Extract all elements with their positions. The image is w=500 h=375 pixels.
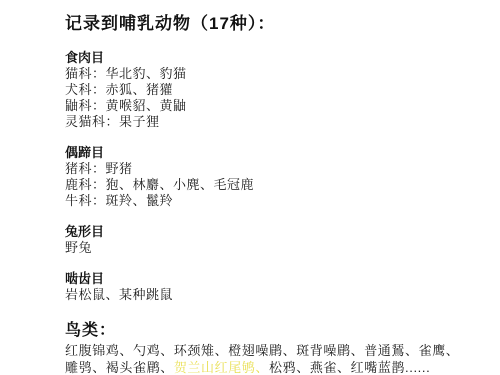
species-line: 鹿科：狍、林麝、小麂、毛冠鹿 [65, 177, 480, 193]
section-heading: 食肉目 [65, 50, 480, 66]
section-lagomorpha: 兔形目 野兔 [65, 224, 480, 256]
species-line: 野兔 [65, 240, 480, 256]
section-heading: 偶蹄目 [65, 145, 480, 161]
species-line: 犬科：赤狐、猪獾 [65, 82, 480, 98]
species-line: 牛科：斑羚、鬣羚 [65, 193, 480, 209]
highlighted-species: 贺兰山红尾鸲、 [174, 360, 269, 375]
species-line: 岩松鼠、某种跳鼠 [65, 287, 480, 303]
section-heading: 兔形目 [65, 224, 480, 240]
section-birds: 鸟类： 红腹锦鸡、勺鸡、环颈雉、橙翅噪鹛、斑背噪鹛、普通鵟、雀鹰、 雕鸮、褐头雀… [65, 321, 480, 375]
section-rodentia: 啮齿目 岩松鼠、某种跳鼠 [65, 271, 480, 303]
bird-list-line-2-post: 松鸦、燕雀、红嘴蓝鹊...... [269, 360, 430, 375]
section-carnivora: 食肉目 猫科：华北豹、豹猫 犬科：赤狐、猪獾 鼬科：黄喉貂、黄鼬 灵猫科：果子狸 [65, 50, 480, 130]
page-title: 记录到哺乳动物（17种）： [65, 13, 480, 34]
species-line: 灵猫科：果子狸 [65, 114, 480, 130]
bird-list-line-2-pre: 雕鸮、褐头雀鹛、 [65, 360, 174, 375]
species-line: 猫科：华北豹、豹猫 [65, 66, 480, 82]
section-heading: 啮齿目 [65, 271, 480, 287]
species-line: 猪科：野猪 [65, 161, 480, 177]
bird-list-line-2: 雕鸮、褐头雀鹛、贺兰山红尾鸲、松鸦、燕雀、红嘴蓝鹊...... [65, 359, 480, 375]
bird-list-line-1: 红腹锦鸡、勺鸡、环颈雉、橙翅噪鹛、斑背噪鹛、普通鵟、雀鹰、 [65, 342, 480, 359]
species-line: 鼬科：黄喉貂、黄鼬 [65, 98, 480, 114]
section-artiodactyla: 偶蹄目 猪科：野猪 鹿科：狍、林麝、小麂、毛冠鹿 牛科：斑羚、鬣羚 [65, 145, 480, 209]
birds-heading: 鸟类： [65, 321, 480, 340]
document-page: 记录到哺乳动物（17种）： 食肉目 猫科：华北豹、豹猫 犬科：赤狐、猪獾 鼬科：… [0, 0, 500, 375]
